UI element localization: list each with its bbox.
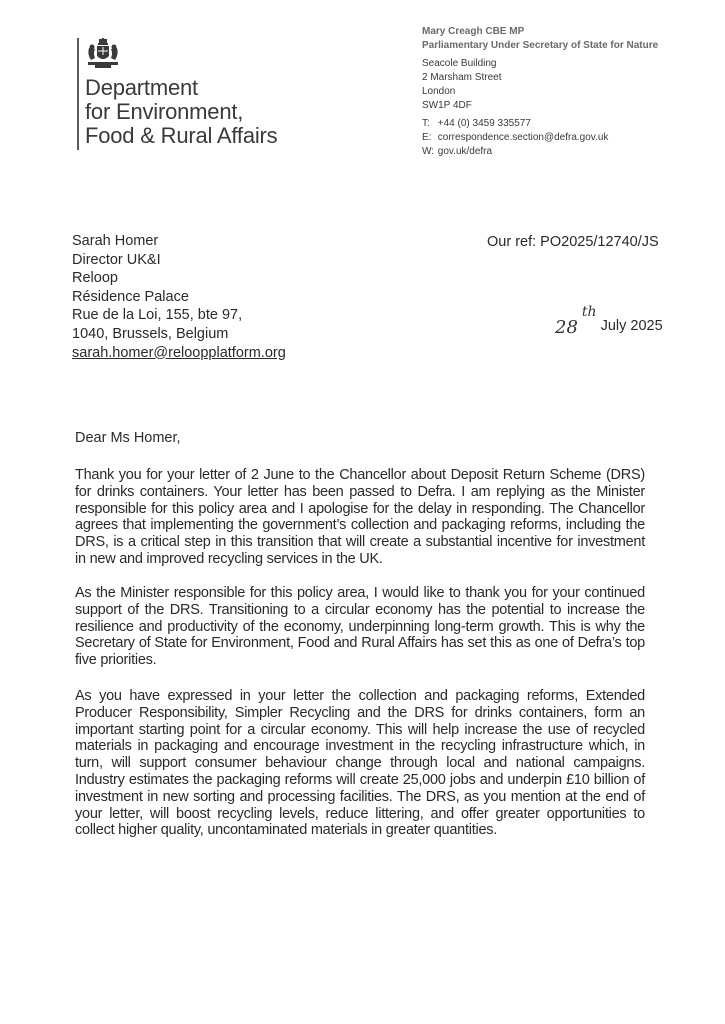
letterhead-rule	[77, 38, 79, 150]
salutation: Dear Ms Homer,	[75, 430, 181, 446]
address-line: 2 Marsham Street	[422, 71, 658, 85]
sender-block: Mary Creagh CBE MP Parliamentary Under S…	[422, 25, 658, 159]
recipient-line: Sarah Homer	[72, 232, 286, 251]
sender-contact: T: +44 (0) 3459 335577 E: correspondence…	[422, 117, 658, 159]
contact-key: T:	[422, 117, 435, 131]
address-line: SW1P 4DF	[422, 99, 658, 113]
organisation-name: Department for Environment, Food & Rural…	[85, 76, 277, 148]
contact-email: E: correspondence.section@defra.gov.uk	[422, 131, 658, 145]
recipient-line: 1040, Brussels, Belgium	[72, 325, 286, 344]
organisation-line: Department	[85, 76, 277, 100]
address-line: London	[422, 85, 658, 99]
handwritten-day: 28	[555, 317, 578, 338]
contact-value[interactable]: gov.uk/defra	[438, 146, 492, 157]
organisation-line: for Environment,	[85, 100, 277, 124]
contact-key: W:	[422, 145, 435, 159]
recipient-block: Sarah Homer Director UK&I Reloop Résiden…	[72, 232, 286, 362]
reference-number: Our ref: PO2025/12740/JS	[487, 234, 659, 250]
recipient-line: Reloop	[72, 269, 286, 288]
contact-value[interactable]: correspondence.section@defra.gov.uk	[438, 132, 609, 143]
contact-value: +44 (0) 3459 335577	[438, 118, 531, 129]
recipient-email-link[interactable]: sarah.homer@reloopplatform.org	[72, 344, 286, 363]
sender-title: Parliamentary Under Secretary of State f…	[422, 39, 658, 53]
organisation-line: Food & Rural Affairs	[85, 124, 277, 148]
date-month-year: July 2025	[601, 318, 663, 334]
royal-coat-of-arms-icon	[86, 38, 120, 70]
contact-phone: T: +44 (0) 3459 335577	[422, 117, 658, 131]
contact-key: E:	[422, 131, 435, 145]
sender-name: Mary Creagh CBE MP	[422, 25, 658, 39]
contact-web: W: gov.uk/defra	[422, 145, 658, 159]
sender-address: Seacole Building 2 Marsham Street London…	[422, 57, 658, 113]
body-paragraph: Thank you for your letter of 2 June to t…	[75, 467, 645, 568]
body-paragraph: As you have expressed in your letter the…	[75, 688, 645, 839]
letter-date: 28thJuly 2025	[555, 314, 663, 335]
recipient-line: Résidence Palace	[72, 288, 286, 307]
handwritten-suffix: th	[582, 304, 597, 320]
recipient-line: Director UK&I	[72, 251, 286, 270]
recipient-line: Rue de la Loi, 155, bte 97,	[72, 306, 286, 325]
address-line: Seacole Building	[422, 57, 658, 71]
body-paragraph: As the Minister responsible for this pol…	[75, 585, 645, 669]
